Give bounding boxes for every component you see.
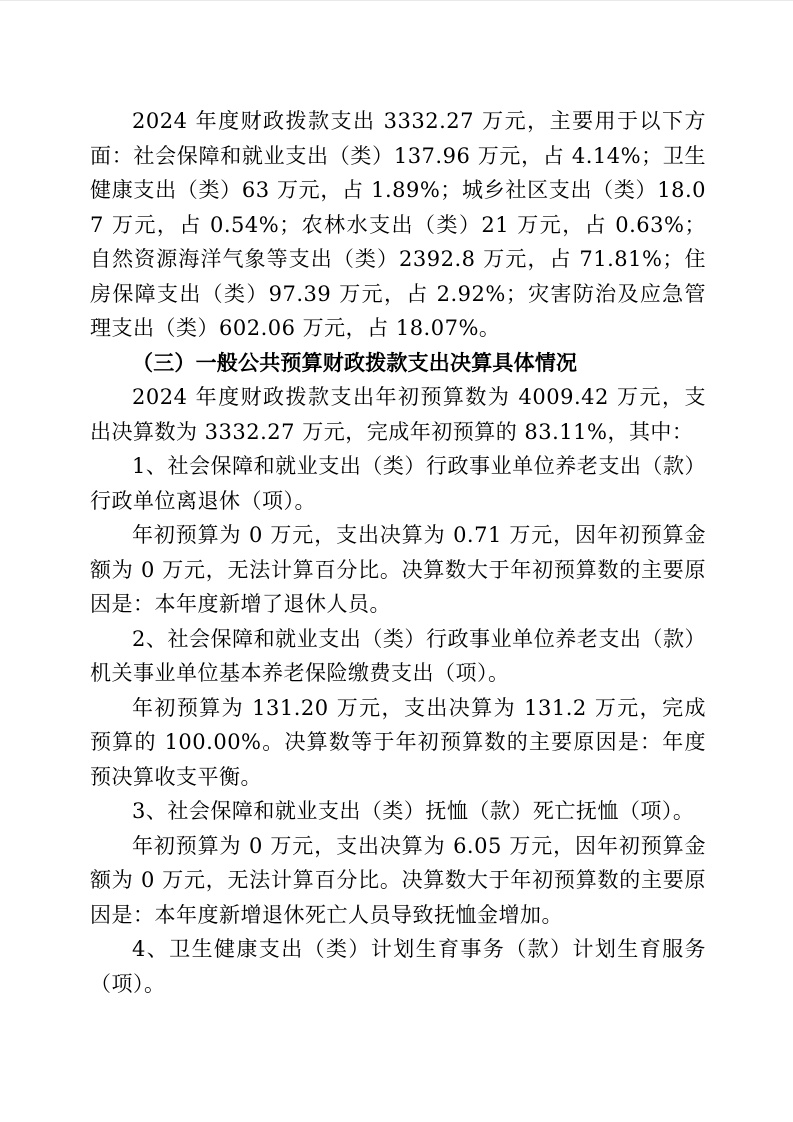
body-paragraph: 年初预算为 131.20 万元，支出决算为 131.2 万元，完成预算的 100… bbox=[90, 691, 706, 795]
body-paragraph: 2、社会保障和就业支出（类）行政事业单位养老支出（款）机关事业单位基本养老保险缴… bbox=[90, 622, 706, 691]
section-heading: （三）一般公共预算财政拨款支出决算具体情况 bbox=[90, 346, 706, 381]
body-paragraph: 3、社会保障和就业支出（类）抚恤（款）死亡抚恤（项）。 bbox=[90, 794, 706, 829]
body-paragraph: 年初预算为 0 万元，支出决算为 0.71 万元，因年初预算金额为 0 万元，无… bbox=[90, 518, 706, 622]
document-page: 2024 年度财政拨款支出 3332.27 万元，主要用于以下方面：社会保障和就… bbox=[0, 0, 793, 1122]
body-paragraph: 2024 年度财政拨款支出 3332.27 万元，主要用于以下方面：社会保障和就… bbox=[90, 104, 706, 346]
body-paragraph: 2024 年度财政拨款支出年初预算数为 4009.42 万元，支出决算数为 33… bbox=[90, 380, 706, 449]
body-paragraph: 4、卫生健康支出（类）计划生育事务（款）计划生育服务（项）。 bbox=[90, 932, 706, 1001]
document-content: 2024 年度财政拨款支出 3332.27 万元，主要用于以下方面：社会保障和就… bbox=[90, 104, 706, 1001]
body-paragraph: 1、社会保障和就业支出（类）行政事业单位养老支出（款）行政单位离退休（项）。 bbox=[90, 449, 706, 518]
body-paragraph: 年初预算为 0 万元，支出决算为 6.05 万元，因年初预算金额为 0 万元，无… bbox=[90, 829, 706, 933]
